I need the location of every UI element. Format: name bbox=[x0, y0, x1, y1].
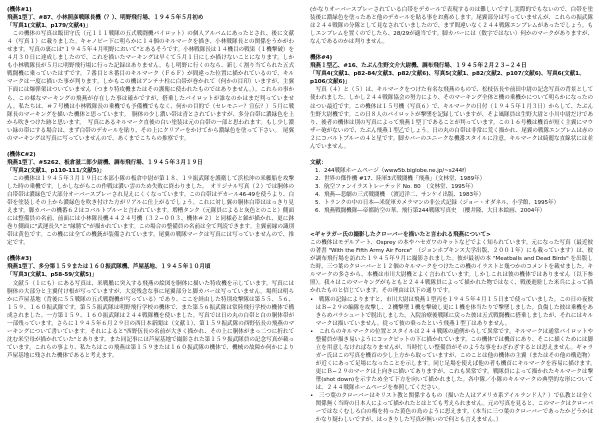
photo-ref-3: 「写真3(文献1、p58-59/文献5)」 bbox=[7, 271, 294, 279]
clover-bullet-1: • 戦隊の記録によりますと、市川大尉は飛燕１型丙を１９４５年４月１５日まで使って… bbox=[310, 296, 593, 328]
reference-item: 244戦隊ホームページ（www5b.biglobe.ne.jp/~s244f） bbox=[322, 167, 593, 175]
clover-bullet-3: • 三つ葉のクローバーはキリスト教と関係するもの（描いた人はアメリカ系アイルラン… bbox=[310, 392, 593, 423]
left-column: (機体#1) 飛燕1型丁、#87、小林照彦戦隊長機（？）、明野飛行場、１９４５年… bbox=[7, 6, 294, 360]
reference-item: 世界の傑作機 #17、陸軍3式戦闘機「飛燕」（文林堂、1989年） bbox=[322, 175, 593, 183]
section-id-4: 機体#4) bbox=[310, 54, 593, 62]
bullet-icon: • bbox=[310, 297, 319, 303]
photo-ref-2: 「写真2(文献1、p110-111/文献5)」 bbox=[7, 167, 294, 175]
section-body-3: 文献５（１にも）にある写真は、米戦艦に突入する飛燕の絵図を胴体に描いた特攻機を示… bbox=[7, 280, 294, 360]
photo-ref-1: 「写真1(文献1、p179/文献4)」 bbox=[7, 22, 294, 30]
section-id-2: (機体C#2) bbox=[7, 151, 294, 159]
references-heading: 文献： bbox=[310, 159, 593, 167]
clover-intro: この機体はモデルアート、Osprey の本やハセガワのキットなどでよく知られてい… bbox=[310, 239, 593, 295]
references-list: 244戦隊ホームページ（www5b.biglobe.ne.jp/~s244f） … bbox=[310, 167, 593, 215]
reference-item: 飛燕―悲劇の三式戦闘機 （渡辺洋二、サンケイ出版、1983年） bbox=[322, 191, 593, 199]
right-column: (かなりオーバースプレーされている白帯をデカールで表現するのは難しいですし実際的… bbox=[310, 6, 593, 423]
section-body-4: 写真（４）と（５）は、キルマークをつけた有名な飛燕のもので、松枝伍長や前田中尉の… bbox=[310, 86, 593, 150]
bullet-icon: • bbox=[310, 329, 319, 335]
continuation-paragraph: (かなりオーバースプレーされている白帯をデカールで表現するのは難しいですし実際的… bbox=[310, 6, 593, 46]
section-id-3: (機体#3) bbox=[7, 255, 294, 263]
reference-item: 航空ファンイラストレーテッド No. 80 （文林堂、1995年） bbox=[322, 183, 593, 191]
clover-heading: <ギャラガー氏の撮影したクローバーを描いたと言われる飛燕について> bbox=[310, 231, 593, 239]
reference-item: トランクの中の日本―米従軍カメラマンの非公式記録（ジョー・オダネル、小学館、19… bbox=[322, 199, 593, 207]
section-title-3: 飛燕1型丁、多分第１５９または１６０振武隊機、芦屋基地、１９４５年１０月頃 bbox=[7, 263, 294, 271]
section-body-2: この機体は１９４５年３月１９日に本部小隊の板倉中尉が第１８、１９振武隊を護衛して… bbox=[7, 175, 294, 247]
section-title-2: 飛燕1型丁、#5262、板倉滋二郎少尉機、調布飛行場、１９４５年３月１９日 bbox=[7, 159, 294, 167]
bullet-icon: • bbox=[310, 393, 319, 399]
section-title-1: 飛燕1型丁、#87、小林照彦戦隊長機（？）、明野飛行場、１９４５年５月初め bbox=[7, 14, 294, 22]
clover-bullet-2: • これらのキルマークの位置とスタイルは２４４戦隊の通例からして異常です。キルマ… bbox=[310, 328, 593, 392]
section-id-1: (機体#1) bbox=[7, 6, 294, 14]
section-title-4: 飛燕１型乙、#16、たぶん生野文介大尉機、調布飛行場、１９４５年２月２３−２４日 bbox=[310, 62, 593, 70]
reference-item: 飛燕戦闘機隊―帝都防空の華、飛行第244戦隊写真史 （櫻井隆、大日本絵画、200… bbox=[322, 207, 593, 215]
section-body-1: この機体の写真は飯田守氏（元１１１戦隊の五式戦闘機パイロット）の個人アルバムにあ… bbox=[7, 30, 294, 143]
photo-ref-4: 「写真4(文献1、p82-84/文献3、p82/文献6)、写真5(文献1、p82… bbox=[310, 70, 593, 86]
